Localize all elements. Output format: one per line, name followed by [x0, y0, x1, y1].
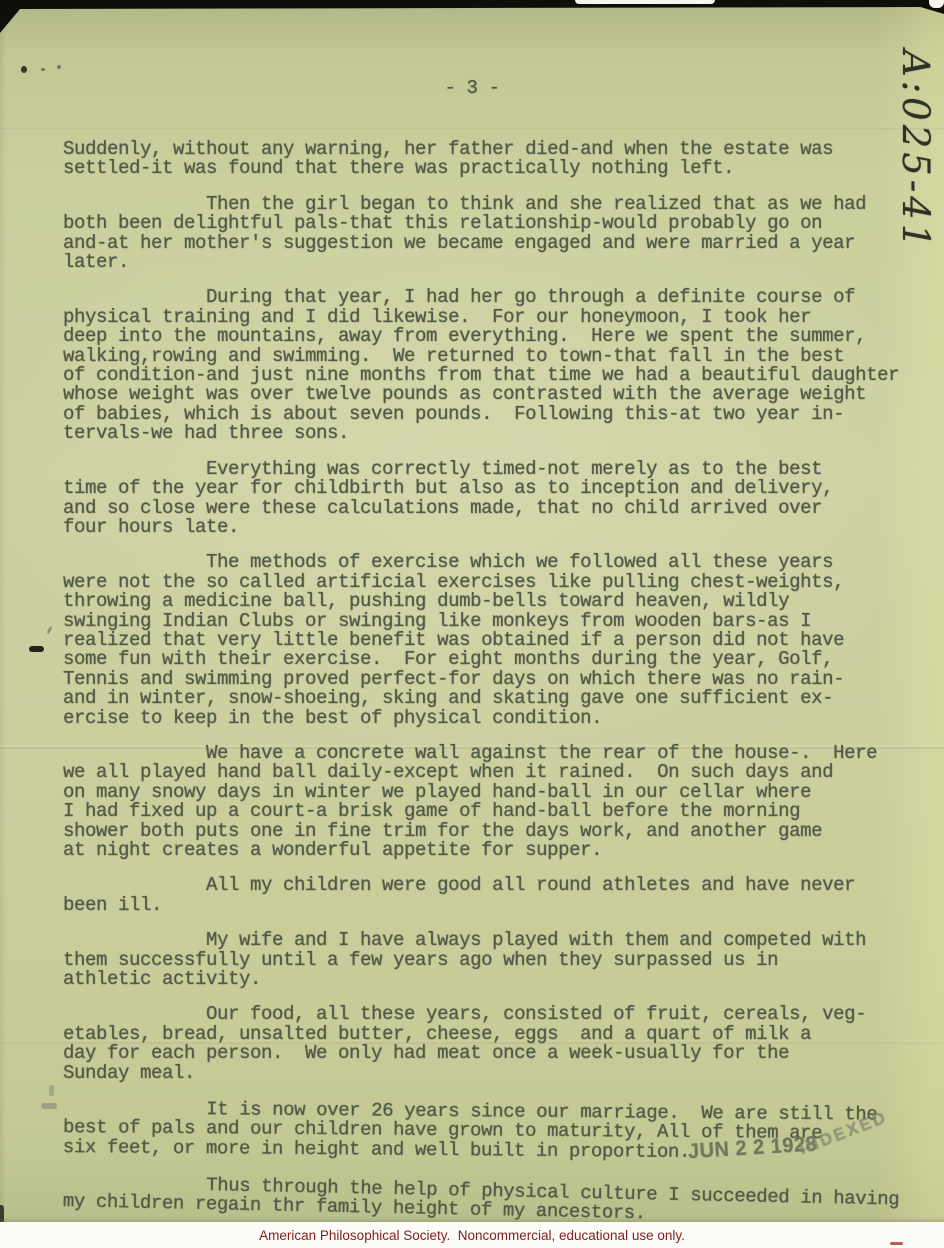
ink-speck	[46, 626, 52, 635]
scan-edge-artifact	[575, 0, 715, 4]
typed-paragraph: Everything was correctly timed-not merel…	[63, 460, 899, 538]
typed-paragraph: Then the girl began to think and she rea…	[63, 195, 899, 273]
handwritten-archive-code: A:025-41	[894, 50, 937, 310]
typed-paragraph: The methods of exercise which we followe…	[63, 553, 899, 728]
smudge-mark	[41, 1103, 57, 1109]
ink-speck	[890, 1242, 903, 1245]
typed-paragraph: My wife and I have always played with th…	[63, 931, 899, 989]
ink-speck	[21, 66, 27, 73]
typed-paragraph: All my children were good all round athl…	[63, 876, 899, 915]
ink-speck	[41, 68, 45, 71]
scan-edge-artifact	[929, 0, 944, 8]
footer-bar: American Philosophical Society. Noncomme…	[0, 1222, 944, 1248]
smudge-mark	[49, 1085, 54, 1096]
paper-crease	[0, 128, 944, 132]
typed-paragraph: Suddenly, without any warning, her fathe…	[63, 140, 899, 179]
typed-paragraph: During that year, I had her go through a…	[63, 288, 899, 443]
page-number: - 3 -	[0, 79, 944, 98]
typed-paragraph: Our food, all these years, consisted of …	[63, 1005, 899, 1083]
scanned-page: - 3 - Suddenly, without any warning, her…	[0, 7, 944, 1222]
footer-caption: American Philosophical Society. Noncomme…	[259, 1228, 685, 1243]
ink-speck	[57, 65, 61, 69]
typed-paragraph: We have a concrete wall against the rear…	[63, 744, 899, 860]
ink-mark	[29, 646, 44, 652]
typed-body: Suddenly, without any warning, her fathe…	[63, 140, 899, 1228]
